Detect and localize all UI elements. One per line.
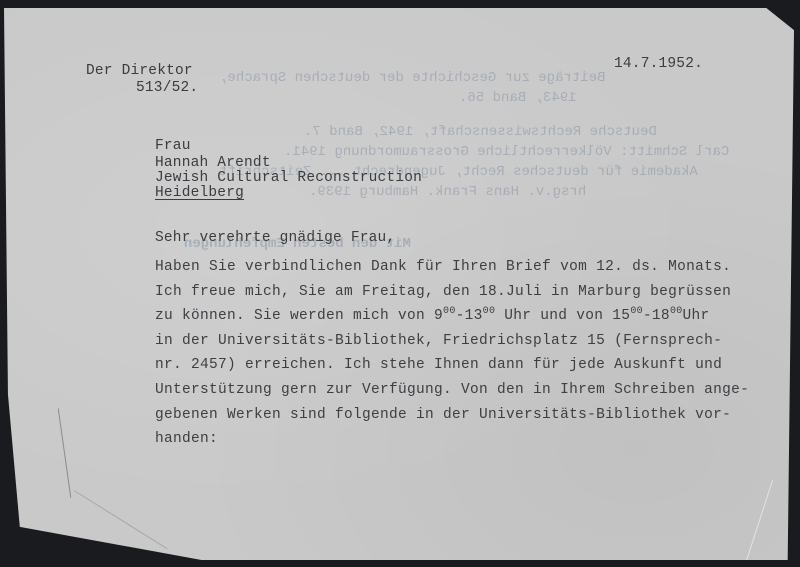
superscript: 00 — [443, 306, 456, 317]
paper-fold — [58, 408, 72, 497]
bleed-through-line: 1943, Band 56. — [459, 88, 577, 108]
recipient-salutation: Frau — [155, 137, 191, 155]
recipient-city: Heidelberg — [155, 184, 244, 202]
body-line-hours: zu können. Sie werden mich von 900-1300 … — [155, 308, 710, 324]
body-line: in der Universitäts-Bibliothek, Friedric… — [155, 333, 722, 349]
body-line: Ich freue mich, Sie am Freitag, den 18.J… — [155, 284, 731, 300]
bleed-through-line: Deutsche Rechtswissenschaft, 1942, Band … — [304, 122, 657, 142]
body-text: Uhr und von 15 — [495, 308, 630, 324]
body-text: zu können. Sie werden mich von 9 — [155, 308, 443, 324]
body-text: -13 — [456, 308, 483, 324]
body-text: -18 — [643, 308, 670, 324]
body-line: handen: — [155, 431, 218, 447]
bleed-through-line: Carl Schmitt: Völkerrechtliche Grossraum… — [284, 142, 729, 162]
paper-crease — [746, 480, 773, 561]
superscript: 00 — [630, 306, 643, 317]
body-line: Unterstützung gern zur Verfügung. Von de… — [155, 382, 749, 398]
body-line: Haben Sie verbindlichen Dank für Ihren B… — [155, 259, 731, 275]
bleed-through-line: Beiträge zur Geschichte der deutschen Sp… — [219, 68, 605, 88]
paper-fold — [74, 490, 168, 549]
body-text: Uhr — [683, 308, 710, 324]
superscript: 00 — [670, 306, 683, 317]
letter-date: 14.7.1952. — [614, 55, 703, 73]
sender-title: Der Direktor — [86, 62, 193, 80]
body-line: gebenen Werken sind folgende in der Univ… — [155, 407, 731, 423]
superscript: 00 — [483, 306, 496, 317]
reference-number: 513/52. — [136, 79, 198, 97]
letter-greeting: Sehr verehrte gnädige Frau, — [155, 229, 395, 247]
body-line: nr. 2457) erreichen. Ich stehe Ihnen dan… — [155, 357, 722, 373]
